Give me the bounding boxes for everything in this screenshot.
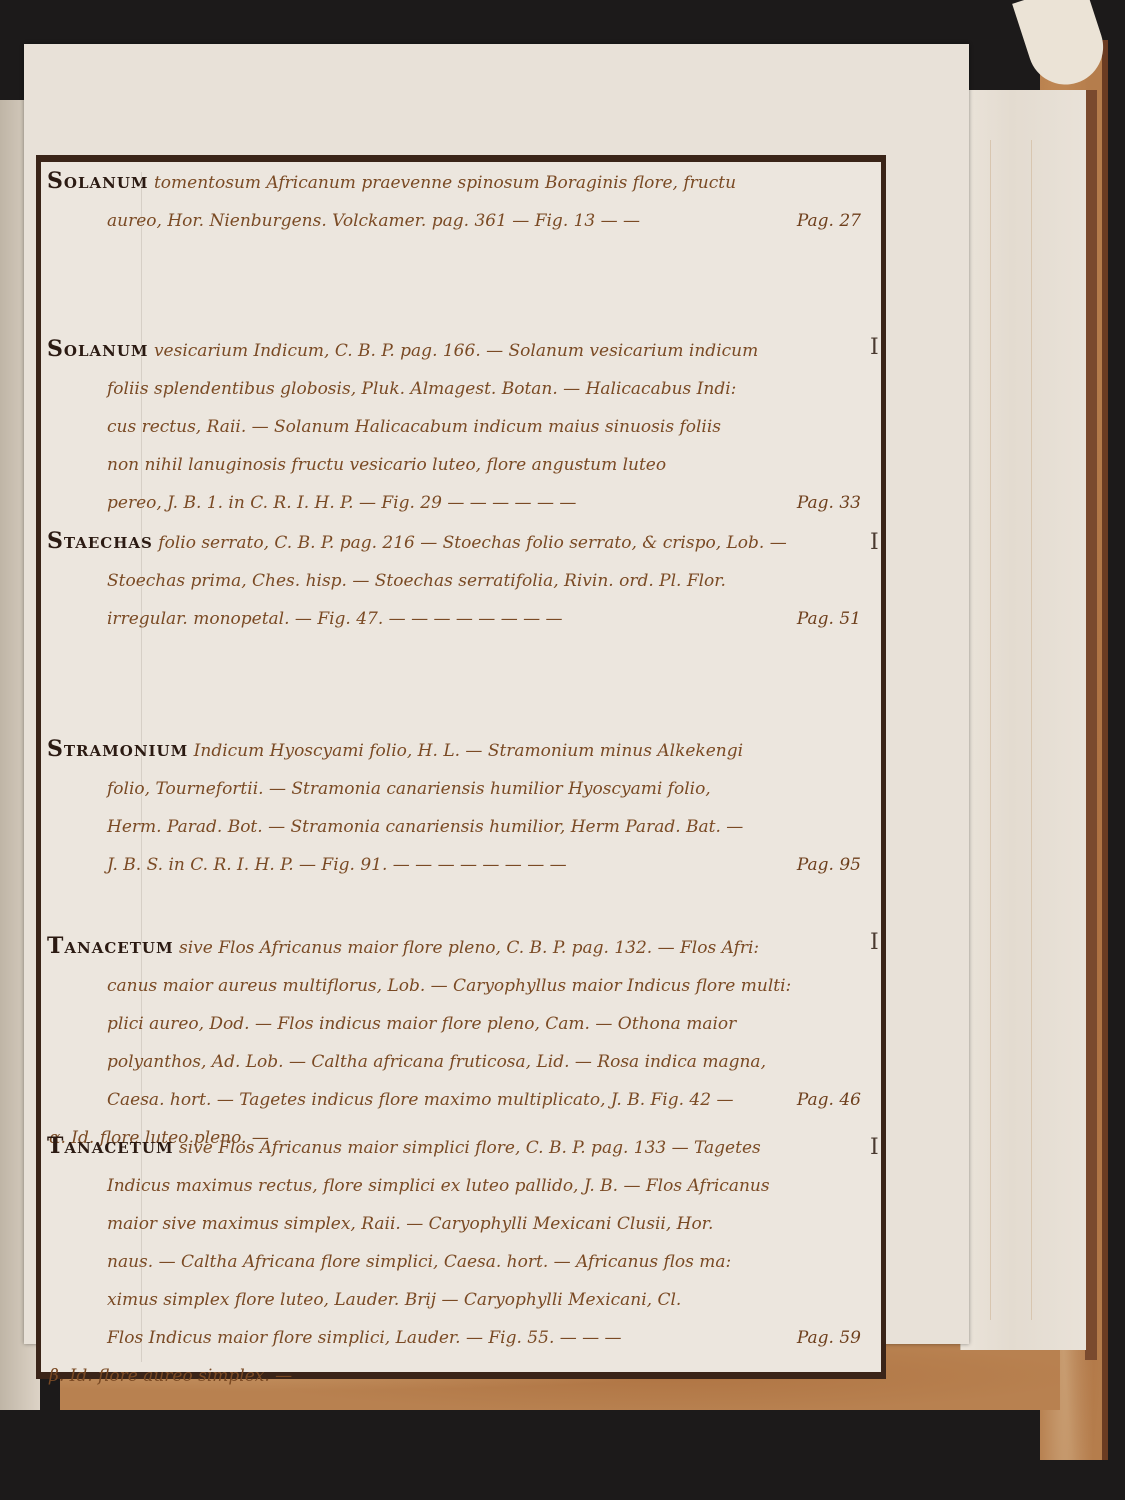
entry-lemma: Solanum (47, 336, 149, 362)
entry-text: sive Flos Africanus maior simplici flore… (179, 1138, 761, 1158)
ruled-text-frame: Solanum tomentosum Africanum praevenne s… (36, 155, 886, 1379)
entry-text: J. B. S. in C. R. I. H. P. — Fig. 91. — … (107, 855, 567, 875)
page-reference: Pag. 59 (797, 1319, 861, 1357)
entry-text: irregular. monopetal. — Fig. 47. — — — —… (107, 609, 563, 629)
entry-text: folio serrato, C. B. P. pag. 216 — Stoec… (158, 533, 786, 553)
entry-text: Flos Indicus maior flore simplici, Laude… (107, 1328, 622, 1348)
entry-text: vesicarium Indicum, C. B. P. pag. 166. —… (154, 341, 758, 361)
entry-text: canus maior aureus multiflorus, Lob. — C… (107, 976, 791, 996)
entry-text: polyanthos, Ad. Lob. — Caltha africana f… (107, 1052, 766, 1072)
leather-spine-edge (1085, 90, 1097, 1360)
entry-lemma: Stramonium (47, 736, 188, 762)
index-entry: Solanum tomentosum Africanum praevenne s… (47, 162, 861, 240)
entry-text: maior sive maximus simplex, Raii. — Cary… (107, 1214, 713, 1234)
page-reference: Pag. 27 (797, 202, 861, 240)
entry-lemma: Staechas (47, 528, 153, 554)
entry-text: Stoechas prima, Ches. hisp. — Stoechas s… (107, 571, 726, 591)
entry-text: plici aureo, Dod. — Flos indicus maior f… (107, 1014, 736, 1034)
entry-text: Indicus maximus rectus, flore simplici e… (107, 1176, 770, 1196)
entry-lemma: Solanum (47, 168, 149, 194)
margin-mark: I (870, 530, 879, 555)
page-reference: Pag. 51 (797, 600, 861, 638)
page-reference: Pag. 33 (797, 484, 861, 522)
index-entry: Tanacetum sive Flos Africanus maior simp… (47, 1127, 861, 1395)
entry-text: tomentosum Africanum praevenne spinosum … (154, 173, 736, 193)
entry-text: sive Flos Africanus maior flore pleno, C… (179, 938, 759, 958)
page-reference: Pag. 46 (797, 1081, 861, 1119)
entry-text: cus rectus, Raii. — Solanum Halicacabum … (107, 417, 721, 437)
margin-mark: I (870, 1135, 879, 1160)
index-entry: Solanum vesicarium Indicum, C. B. P. pag… (47, 330, 861, 522)
entry-text: aureo, Hor. Nienburgens. Volckamer. pag.… (107, 211, 640, 231)
entry-text: ximus simplex flore luteo, Lauder. Brij … (107, 1290, 681, 1310)
entry-text: Caesa. hort. — Tagetes indicus flore max… (107, 1090, 733, 1110)
entry-text: Herm. Parad. Bot. — Stramonia canariensi… (107, 817, 743, 837)
index-entry: Staechas folio serrato, C. B. P. pag. 21… (47, 522, 861, 638)
margin-mark: I (870, 335, 879, 360)
page-stack-edges (990, 140, 1032, 1320)
entry-text: pereo, J. B. 1. in C. R. I. H. P. — Fig.… (107, 493, 576, 513)
entry-lemma: Tanacetum (47, 1133, 174, 1159)
page-reference: Pag. 95 (797, 846, 861, 884)
index-entry: Stramonium Indicum Hyoscyami folio, H. L… (47, 730, 861, 884)
entry-text: Indicum Hyoscyami folio, H. L. — Stramon… (194, 741, 743, 761)
entry-lemma: Tanacetum (47, 933, 174, 959)
margin-mark: I (870, 930, 879, 955)
entry-text: naus. — Caltha Africana flore simplici, … (107, 1252, 731, 1272)
entry-text: non nihil lanuginosis fructu vesicario l… (107, 455, 666, 475)
entry-variant: β. Id. flore aureo simplex. — (49, 1366, 292, 1386)
index-entry: Tanacetum sive Flos Africanus maior flor… (47, 927, 861, 1157)
entry-text: folio, Tournefortii. — Stramonia canarie… (107, 779, 711, 799)
entry-text: foliis splendentibus globosis, Pluk. Alm… (107, 379, 736, 399)
